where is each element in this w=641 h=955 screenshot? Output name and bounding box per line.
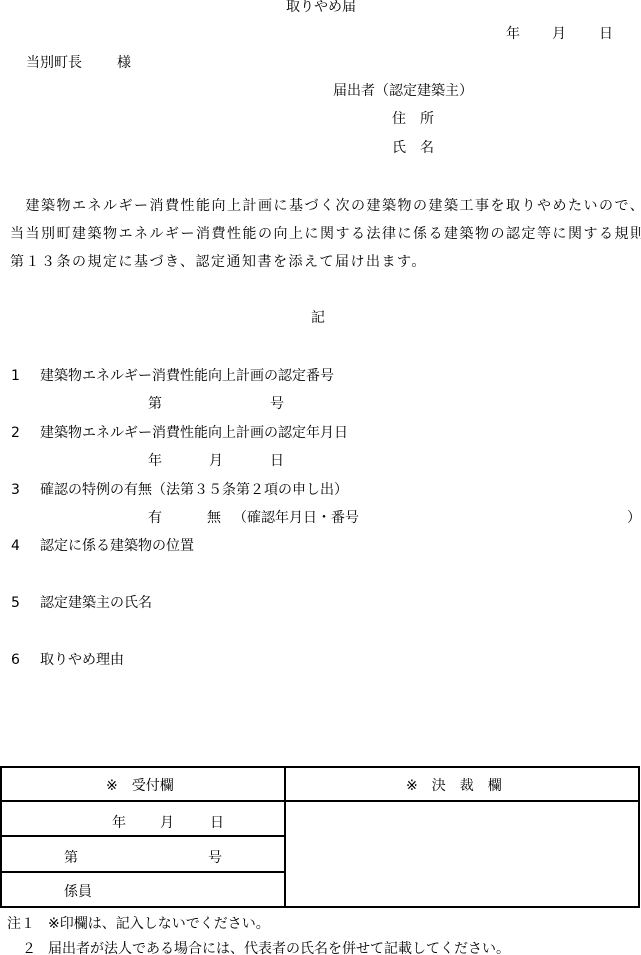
item-3-yes: 有 [148,510,162,526]
item-3-confirmation-open: （確認年月日・番号 [233,510,359,526]
table-header-divider [0,800,640,802]
item-6-label: 取りやめ理由 [40,652,124,668]
item-5-number: 5 [11,595,20,611]
reception-number-suffix: 号 [208,850,222,866]
date-month-label: 月 [552,26,566,42]
item-1-go: 号 [270,396,284,412]
item-4-number: 4 [11,538,20,554]
table-row-divider-2 [0,871,285,873]
body-line-2: 当当別町建築物エネルギー消費性能の向上に関する法律に係る建築物の認定等に関する規… [10,226,641,242]
note-1-text: ※印欄は、記入しないでください。 [48,916,270,932]
note-1-label: 注１ [7,916,35,932]
reception-staff: 係員 [64,884,92,900]
item-3-number: 3 [11,482,20,498]
document-title: 取りやめ届 [286,0,356,15]
reception-header: ※ 受付欄 [106,778,174,794]
decision-header: ※ 決 裁 欄 [406,778,502,794]
reception-date-month: 月 [160,815,174,831]
item-2-number: 2 [11,425,20,441]
reception-date-day: 日 [210,815,224,831]
addressee-honorific: 様 [117,55,131,71]
item-1-dai: 第 [148,396,162,412]
date-year-label: 年 [506,26,520,42]
item-2-year: 年 [148,453,162,469]
table-row-divider-1 [0,835,285,837]
note-2-text: 届出者が法人である場合には、代表者の氏名を併せて記載してください。 [48,941,510,955]
applicant-address-label: 住 所 [392,111,434,127]
ki-heading: 記 [311,310,325,326]
applicant-heading: 届出者（認定建築主） [333,83,473,99]
item-3-confirmation-close: ） [627,510,641,526]
item-2-label: 建築物エネルギー消費性能向上計画の認定年月日 [40,425,348,441]
item-2-day: 日 [270,453,284,469]
applicant-name-label: 氏 名 [392,140,434,156]
date-day-label: 日 [599,26,613,42]
item-4-label: 認定に係る建築物の位置 [40,538,194,554]
body-line-1: 建築物エネルギー消費性能向上計画に基づく次の建築物の建築工事を取りやめたいので、 [10,198,641,214]
office-use-table [0,766,640,908]
note-2-label: ２ [22,941,36,955]
reception-date-year: 年 [112,815,126,831]
table-column-divider [284,766,286,908]
addressee-name: 当別町長 [26,55,82,71]
item-5-label: 認定建築主の氏名 [40,595,152,611]
item-6-number: 6 [11,652,20,668]
body-line-3: 第１３条の規定に基づき、認定通知書を添えて届け出ます。 [10,254,427,270]
item-3-label: 確認の特例の有無（法第３５条第２項の申し出） [40,482,348,498]
item-3-no: 無 [207,510,221,526]
item-2-month: 月 [209,453,223,469]
reception-number-prefix: 第 [64,850,78,866]
item-1-number: 1 [11,368,20,384]
item-1-label: 建築物エネルギー消費性能向上計画の認定番号 [40,368,334,384]
